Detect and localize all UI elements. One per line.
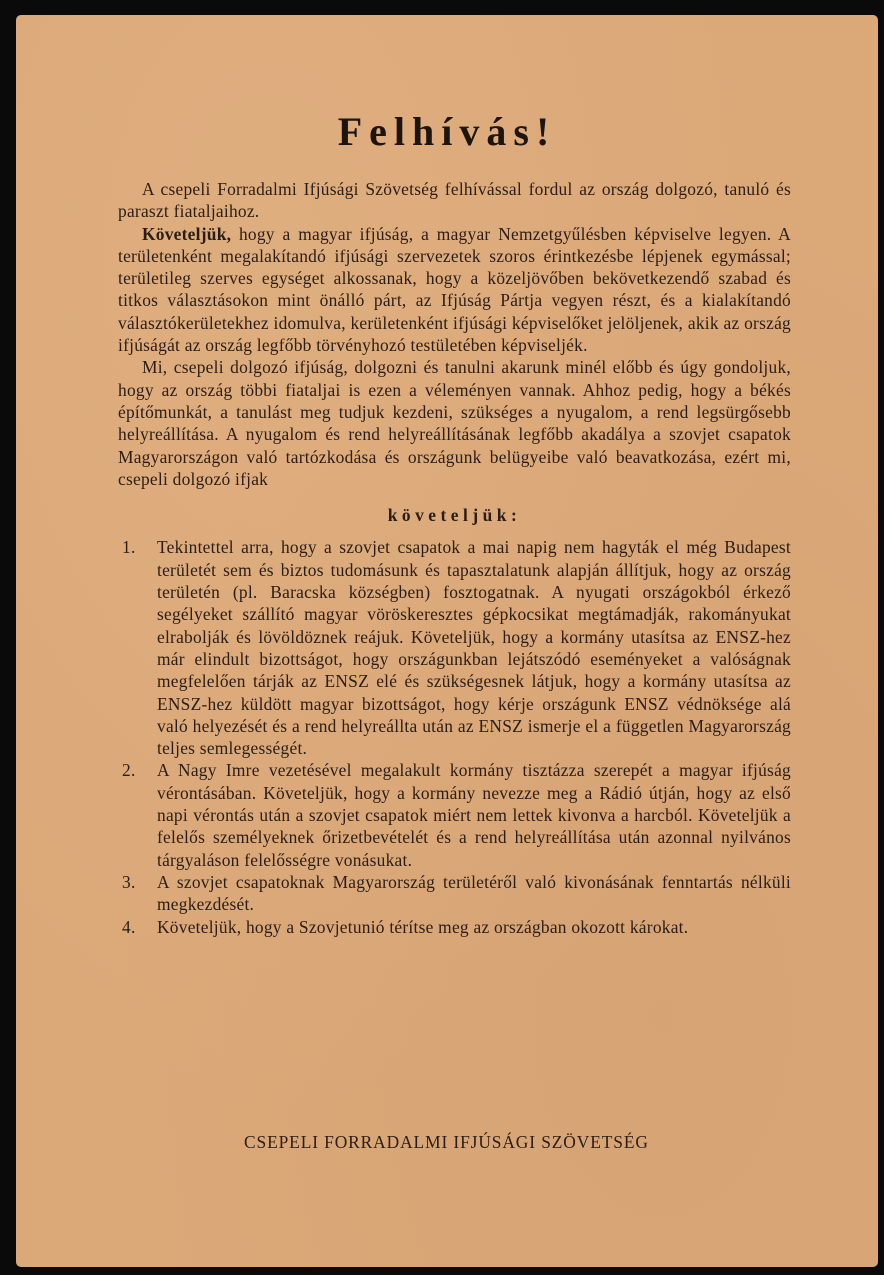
demand-number: 4. (122, 916, 136, 938)
document-title: Felhívás! (16, 108, 878, 155)
paragraph-text: Mi, csepeli dolgozó ifjúság, dolgozni és… (118, 357, 791, 488)
demand-number: 3. (122, 871, 136, 893)
demand-item: 4. Követeljük, hogy a Szovjetunió téríts… (118, 916, 791, 938)
demand-text: A szovjet csapatoknak Magyarország terül… (157, 872, 791, 914)
demand-item: 1. Tekintettel arra, hogy a szovjet csap… (118, 536, 791, 759)
paragraph-lead: Követeljük, (142, 224, 231, 244)
document-body: A csepeli Forradalmi Ifjúsági Szövetség … (118, 178, 791, 938)
demands-list: 1. Tekintettel arra, hogy a szovjet csap… (118, 536, 791, 937)
leaflet-page: Felhívás! A csepeli Forradalmi Ifjúsági … (16, 15, 878, 1267)
demand-text: Tekintettel arra, hogy a szovjet csapato… (157, 537, 791, 758)
demand-text: A Nagy Imre vezetésével megalakult kormá… (157, 760, 791, 869)
demand-text: Követeljük, hogy a Szovjetunió térítse m… (157, 917, 688, 937)
demands-heading: követeljük: (118, 504, 791, 526)
intro-paragraph: A csepeli Forradalmi Ifjúsági Szövetség … (118, 178, 791, 223)
demand-paragraph: Követeljük, hogy a magyar ifjúság, a mag… (118, 223, 791, 357)
demand-item: 3. A szovjet csapatoknak Magyarország te… (118, 871, 791, 916)
paragraph-text: A csepeli Forradalmi Ifjúsági Szövetség … (118, 179, 791, 221)
context-paragraph: Mi, csepeli dolgozó ifjúság, dolgozni és… (118, 356, 791, 490)
signature: CSEPELI FORRADALMI IFJÚSÁGI SZÖVETSÉG (16, 1132, 878, 1153)
demand-number: 1. (122, 536, 136, 558)
demand-number: 2. (122, 759, 136, 781)
demand-item: 2. A Nagy Imre vezetésével megalakult ko… (118, 759, 791, 870)
